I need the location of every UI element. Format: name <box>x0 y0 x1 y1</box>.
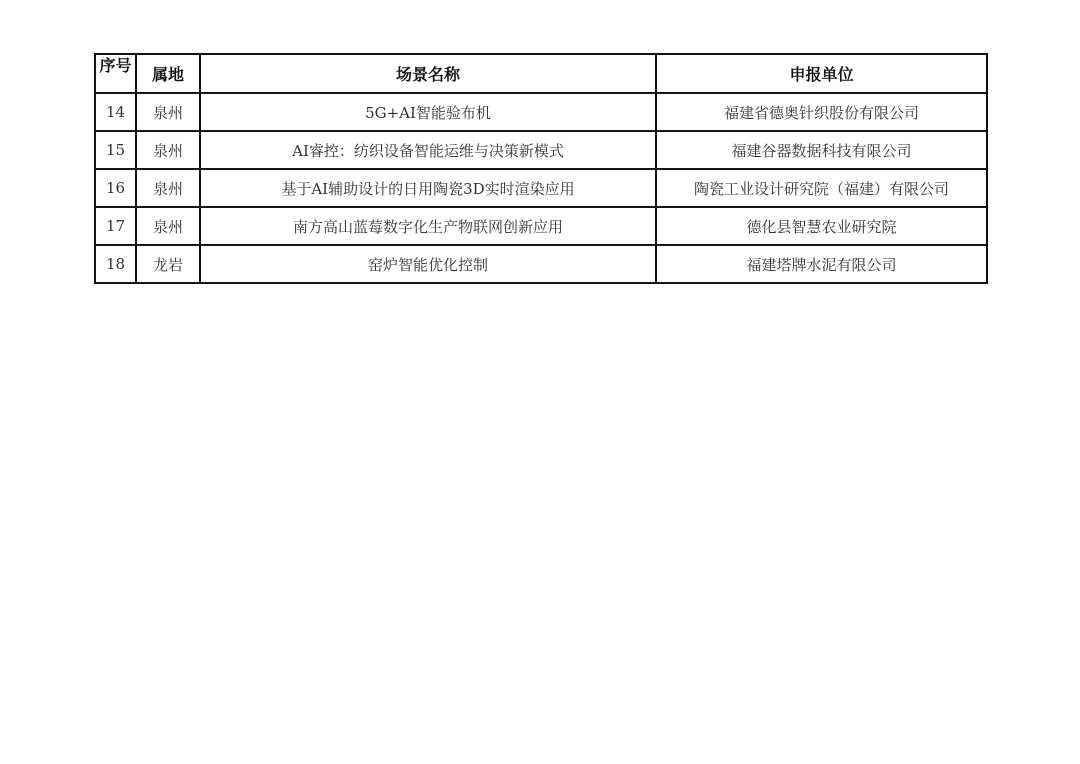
cell-scene: 窑炉智能优化控制 <box>200 245 656 283</box>
header-scene: 场景名称 <box>200 54 656 93</box>
cell-seq: 14 <box>95 93 136 131</box>
cell-scene: 南方高山蓝莓数字化生产物联网创新应用 <box>200 207 656 245</box>
cell-unit: 陶瓷工业设计研究院（福建）有限公司 <box>656 169 987 207</box>
table-row: 14 泉州 5G+AI智能验布机 福建省德奥针织股份有限公司 <box>95 93 987 131</box>
header-seq-label: 序号 <box>96 55 135 92</box>
cell-unit: 福建谷器数据科技有限公司 <box>656 131 987 169</box>
table-row: 15 泉州 AI睿控：纺织设备智能运维与决策新模式 福建谷器数据科技有限公司 <box>95 131 987 169</box>
table-row: 18 龙岩 窑炉智能优化控制 福建塔牌水泥有限公司 <box>95 245 987 283</box>
cell-unit: 德化县智慧农业研究院 <box>656 207 987 245</box>
cell-seq: 17 <box>95 207 136 245</box>
cell-unit: 福建省德奥针织股份有限公司 <box>656 93 987 131</box>
table-row: 16 泉州 基于AI辅助设计的日用陶瓷3D实时渲染应用 陶瓷工业设计研究院（福建… <box>95 169 987 207</box>
cell-seq: 18 <box>95 245 136 283</box>
cell-scene: AI睿控：纺织设备智能运维与决策新模式 <box>200 131 656 169</box>
cell-region: 泉州 <box>136 169 200 207</box>
header-region: 属地 <box>136 54 200 93</box>
cell-scene: 5G+AI智能验布机 <box>200 93 656 131</box>
table-header-row: 序号 属地 场景名称 申报单位 <box>95 54 987 93</box>
scenario-table: 序号 属地 场景名称 申报单位 14 泉州 5G+AI智能验布机 福建省德奥针织… <box>94 53 988 284</box>
header-unit: 申报单位 <box>656 54 987 93</box>
cell-region: 泉州 <box>136 131 200 169</box>
cell-unit: 福建塔牌水泥有限公司 <box>656 245 987 283</box>
header-seq: 序号 <box>95 54 136 93</box>
cell-seq: 16 <box>95 169 136 207</box>
cell-scene: 基于AI辅助设计的日用陶瓷3D实时渲染应用 <box>200 169 656 207</box>
cell-region: 泉州 <box>136 93 200 131</box>
table-row: 17 泉州 南方高山蓝莓数字化生产物联网创新应用 德化县智慧农业研究院 <box>95 207 987 245</box>
cell-seq: 15 <box>95 131 136 169</box>
cell-region: 龙岩 <box>136 245 200 283</box>
cell-region: 泉州 <box>136 207 200 245</box>
